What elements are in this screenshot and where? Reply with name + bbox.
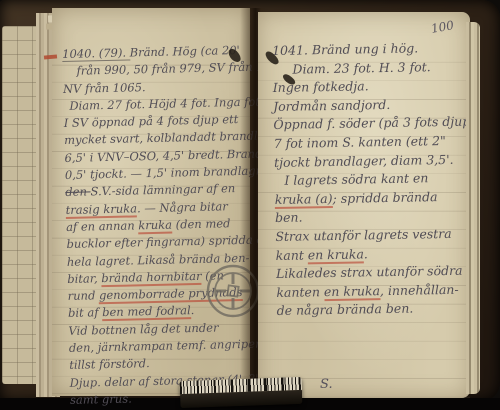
handwritten-line: kanten en kruka, innehållan- — [276, 280, 472, 302]
red-underlined-text: trasig kruka — [66, 201, 138, 219]
handwritten-text: Diam. 23 fot. H. 3 fot. — [292, 59, 430, 76]
handwritten-text: Vid bottnen låg det under — [68, 320, 218, 337]
handwritten-text: samt grus. — [70, 391, 132, 406]
handwritten-text: bitar, — [67, 271, 101, 286]
handwritten-text: I SV öppnad på 4 fots djup ett — [64, 112, 239, 130]
handwritten-text: . — [364, 246, 368, 261]
handwritten-text: . — [191, 304, 195, 318]
right-page: 100 1041. Bränd ung i hög.Diam. 23 fot. … — [258, 12, 470, 398]
handwritten-text: Öppnad f. söder (på 3 fots djup) — [273, 114, 475, 133]
handwritten-text: ben. — [275, 210, 303, 225]
handwritten-line: de några brända ben. — [277, 299, 473, 321]
handwritten-text: Strax utanför lagrets vestra — [275, 226, 452, 244]
red-underlined-text: en kruka — [324, 283, 380, 301]
handwritten-text: tjockt brandlager, diam 3,5'. — [274, 151, 454, 169]
red-underlined-text: kruka (a) — [275, 191, 333, 209]
handwritten-text: 7 fot inom S. kanten (ett 2" — [274, 133, 446, 151]
left-page-handwriting: 1040. (79). Bränd. Hög (ca 20'från 990, … — [62, 42, 258, 409]
red-underlined-text: kruka — [138, 218, 172, 235]
handwritten-text: af en annan — [66, 218, 139, 234]
handwritten-text: 1041. Bränd ung i hög. — [272, 40, 418, 58]
left-page: 1040. (79). Bränd. Hög (ca 20'från 990, … — [52, 8, 250, 396]
handwritten-text: Jordmån sandjord. — [273, 97, 390, 114]
red-underlined-text: en kruka — [308, 246, 364, 264]
handwritten-text: de några brända ben. — [277, 301, 414, 318]
page-number: 100 — [430, 18, 455, 36]
right-page-handwriting: 1041. Bränd ung i hög.Diam. 23 fot. H. 3… — [272, 39, 473, 321]
handwritten-text: tillst förstörd. — [69, 356, 150, 372]
handwritten-text: S.V.-sida lämningar af en — [90, 181, 235, 198]
handwritten-text: 1040. (79). — [62, 45, 130, 62]
page-edge-stack — [466, 22, 480, 394]
handwritten-text: . — Några bitar — [137, 199, 228, 215]
handwritten-text: I lagrets södra kant en — [284, 170, 428, 188]
handwritten-text: kant — [276, 247, 308, 263]
handwritten-line: Strax utanför lagrets vestra — [275, 224, 471, 246]
handwritten-text: Likaledes strax utanför södra — [276, 263, 463, 281]
handwritten-text: NV från 1065. — [63, 80, 146, 96]
handwritten-text: (den med — [172, 216, 231, 231]
red-underlined-text: ben med fodral — [102, 304, 191, 322]
handwritten-text: den — [65, 185, 91, 200]
handwritten-line: tjockt brandlager, diam 3,5'. — [274, 150, 470, 172]
notebook-photo: 1040. (79). Bränd. Hög (ca 20'från 990, … — [0, 0, 500, 410]
handwritten-text: bit af — [68, 306, 102, 321]
handwritten-text: ; spridda brända — [332, 189, 437, 206]
handwritten-text: kanten — [276, 284, 324, 300]
red-underlined-text: brända hornbitar — [101, 269, 202, 287]
handwritten-text: Bränd. Hög (ca 20' — [130, 43, 240, 59]
signature-initial: S. — [320, 377, 333, 392]
handwritten-text: , innehållan- — [380, 282, 459, 298]
measuring-ruler — [180, 377, 303, 408]
handwritten-text: rund — [68, 288, 100, 303]
